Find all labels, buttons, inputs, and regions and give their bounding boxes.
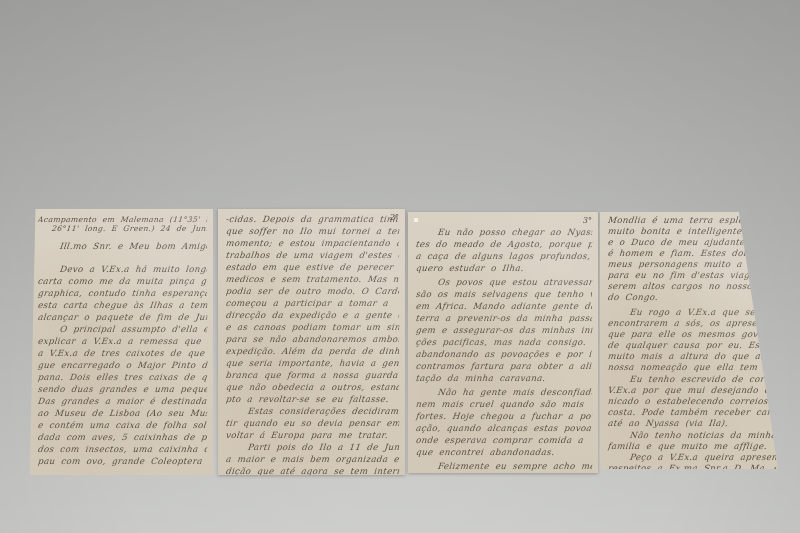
page-4-line: Eu rogo a V.Ex.a que se elles se <box>607 308 776 318</box>
page-4-text: Mondlia é uma terra esplendida 4° muito … <box>600 212 778 469</box>
page-3-line: são os mais selvagens que tenho visto <box>415 290 592 300</box>
page-3-line: onde esperava comprar comida a <box>415 436 592 446</box>
page-4-line: que para elle os mesmos governadores <box>607 330 776 340</box>
page-4-line: até ao Nyassa (via Ila). <box>607 419 776 429</box>
page-4-line: do Congo. <box>607 293 776 303</box>
page-1-line: pau com ovo, grande Coleoptera em <box>37 457 207 467</box>
page-3-line: gem e assegurar-os das minhas inten- <box>415 326 592 336</box>
page-1-line: carta como me da muita pinça ge- <box>37 277 207 287</box>
page-3-line: ação, quando alcanças estas povoações <box>415 424 592 434</box>
page-1-line: e contém uma caixa de folha sol- <box>37 421 207 431</box>
page-4-line: e o Duco de meu ajudante Abdallah <box>607 238 776 248</box>
page-1-salutation: Ill.mo Snr. e Meu bom Amigo <box>37 242 207 252</box>
page-1-line: a V.Ex.a de tres caixotes de que se- <box>37 349 207 359</box>
page-4-line: muito bonita e intelligente. Tendo <box>607 227 776 237</box>
page-4-line: de qualquer causa por eu. Estes <box>607 341 776 351</box>
page-2-text: -cidas. Depois da grammatica tinha que s… <box>218 209 405 475</box>
page-4-line: nossa nomeação que ella tem feito. <box>607 363 776 373</box>
page-3-line: fortes. Hoje chegou a fuchar a povo- <box>415 412 592 422</box>
manuscript-page-4: Mondlia é uma terra esplendida 4° muito … <box>600 212 778 469</box>
page-1-line: Devo a V.Ex.a há muito longa la- <box>37 265 207 275</box>
manuscript-page-3: 3° Eu não posso chegar ao Nyassa an- tes… <box>408 212 598 473</box>
manuscript-page-2: 2° -cidas. Depois da grammatica tinha qu… <box>218 209 405 475</box>
page-3-line: terra a prevenir-os da minha passa- <box>415 314 592 324</box>
page-3-line: Não ha gente mais desconfiada, <box>415 388 592 398</box>
page-2-line: estado em que estive de perecer sem <box>225 263 399 273</box>
page-4-line: para eu no fim d'estas viagens <box>607 271 776 281</box>
page-2-line: medicos e sem tratamento. Mas não <box>225 275 399 285</box>
page-1-line: pana. Dois elles tres caixas de que <box>37 373 207 383</box>
page-1-line: sendo duas grandes e uma pequena. <box>37 385 207 395</box>
page-1-line: alcançar o paquete de fim de Junho. <box>37 313 207 323</box>
page-3-text: Eu não posso chegar ao Nyassa an- tes do… <box>408 212 598 473</box>
page-3-line: a caça de alguns lagos profundos, que <box>415 252 592 262</box>
page-1-line: explicar a V.Ex.a a remessa que fazê <box>37 337 207 347</box>
page-4-line: costa. Pode também receber cartas <box>607 408 776 418</box>
page-4-line: familia e que muito me afflige. <box>607 442 776 452</box>
page-4-line: Eu tenho escrevido de correio a <box>607 375 776 385</box>
page-2-line: pto a revoltar-se se eu faltasse. <box>225 395 399 405</box>
page-2-line: que seria importante, havia a gente <box>225 359 399 369</box>
page-4-line: Mondlia é uma terra esplendida 4° <box>607 216 776 226</box>
page-4-line: nicado o estabelecendo correios para a <box>607 397 776 407</box>
page-3-line: em Africa. Mando adiante gente da <box>415 302 592 312</box>
page-2-line: branca que forma a nossa guarda e <box>225 371 399 381</box>
page-1-line: 26°11' long. E Green.) 24 de Junho de 18 <box>37 224 207 233</box>
page-1-line: Acampamento em Malemana (11°35' lat. S. <box>37 215 207 224</box>
page-2-line: para se não abandonaremos ambos a <box>225 335 399 345</box>
page-3-line: que encontrei abandonadas. <box>415 448 592 458</box>
page-4-line: Peço a V.Ex.a queira apresentar os meus <box>607 453 776 463</box>
page-3-line: tes do meado de Agosto, porque passo de <box>415 240 592 250</box>
page-2-line: expedição. Além da perda de dinheiro <box>225 347 399 357</box>
page-1-line: Das grandes a maior é destinada <box>37 397 207 407</box>
page-4-line: é homem e fiam. Estes dois são <box>607 249 776 259</box>
page-4-line: encontrarem a sós, os apresente ao Rei, <box>607 319 776 329</box>
page-2-line: Estas considerações decidiram-me a par- <box>225 407 399 417</box>
page-1-line: dada com aves, 5 caixinhas de papeis <box>37 433 207 443</box>
page-2-line: direcção da expedição e a gente dem <box>225 311 399 321</box>
page-3-line: Eu não posso chegar ao Nyassa an- <box>415 228 592 238</box>
page-4-line: respeitos a Ex.ma Snr.a D. Ma. e lem- <box>607 464 776 469</box>
page-2-line: Parti pois do Ilo a 11 de Junho com <box>225 443 399 453</box>
page-2-line: que não obedecia a outros, estando pron- <box>225 383 399 393</box>
page-2-line: começou a participar a tomar a <box>225 299 399 309</box>
page-3-line: contramos fartura para obter a alimen- <box>415 362 592 372</box>
page-2-line: dição que até agora se tem internado <box>225 467 399 475</box>
manuscript-page-1: Acampamento em Malemana (11°35' lat. S. … <box>30 209 213 475</box>
page-2-line: momento; e estou impacientando as chuvas <box>225 239 399 249</box>
page-2-line: podia ser de outro modo. O Cardoso <box>225 287 399 297</box>
page-3-line: tação da minha caravana. <box>415 374 592 384</box>
page-4-line: meus personagens muito a estudar <box>607 260 776 270</box>
page-1-line: gue encarregado o Major Pinto da Cam- <box>37 361 207 371</box>
page-4-line: muito mais a altura do que alguns <box>607 352 776 362</box>
page-2-line: -cidas. Depois da grammatica tinha <box>225 215 399 225</box>
page-1-line: O principal assumpto d'ella é <box>37 325 207 335</box>
page-1-line: ao Museu de Lisboa (Ao seu Museu) <box>37 409 207 419</box>
page-2-line: tir quando eu so devia pensar em <box>225 419 399 429</box>
page-4-line: serem altos cargos no nosso Estado <box>607 282 776 292</box>
page-3-line: ções pacificas, mas nada consigo. Fogem <box>415 338 592 348</box>
page-1-line: dos com insectos, uma caixinha de <box>37 445 207 455</box>
page-3-line: Os povos que estou atravessando <box>415 278 592 288</box>
page-2-line: e as canoas podiam tomar um sinistro <box>225 323 399 333</box>
page-4-line: Não tenho noticias da minha <box>607 431 776 441</box>
page-3-line: Felizmente eu sempre acho me- <box>415 462 592 472</box>
page-1-line: graphica, contudo tinha esperança que <box>37 289 207 299</box>
page-3-line: quero estudar o Ilha. <box>415 264 592 274</box>
page-2-line: trabalhos de uma viagem d'estes em- <box>225 251 399 261</box>
page-1-line: esta carta chegue às Ilhas a tempo de <box>37 301 207 311</box>
page-1-text: Acampamento em Malemana (11°35' lat. S. … <box>30 209 213 475</box>
page-2-line: que soffer no Ilo mui tornei a ter um <box>225 227 399 237</box>
page-2-line: voltar á Europa para me tratar. <box>225 431 399 441</box>
page-2-line: a maior e mais bem organizada expe- <box>225 455 399 465</box>
page-4-line: V.Ex.a por que mui desejando commu- <box>607 386 776 396</box>
page-3-line: nem mais cruel quando são mais <box>415 400 592 410</box>
page-3-line: abandonando as povoações e por isso en- <box>415 350 592 360</box>
